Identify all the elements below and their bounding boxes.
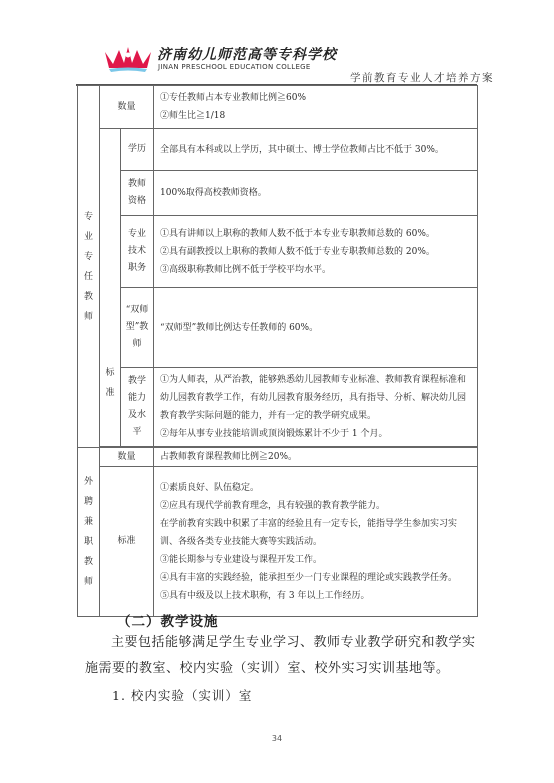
school-name-cn: 济南幼儿师范高等专科学校	[157, 44, 337, 64]
table-row: “双师型”教师 “双师型”教师比例达专任教师的 60%。	[78, 288, 478, 368]
category-cell-parttime: 外聘兼职教师	[78, 448, 100, 617]
row-content-quantity: ①专任教师占本专业教师比例≧60% ②师生比≧1/18	[154, 86, 478, 129]
row-label-parttime-quantity: 数量	[100, 448, 154, 467]
row-label-standard: 标准	[100, 129, 121, 447]
row-label-parttime-standard: 标准	[100, 467, 154, 617]
table-row: 教学能力及水平 ①为人师表，从严治教，能够熟悉幼儿园教师专业标准、教师教育课程标…	[78, 368, 478, 447]
table-row: 专业专任教师 数量 ①专任教师占本专业教师比例≧60% ②师生比≧1/18	[78, 86, 478, 129]
subrow-content-title: ①具有讲师以上职称的教师人数不低于本专业专职教师总数的 60%。 ②具有副教授以…	[154, 216, 478, 288]
subrow-label-dual-teacher: “双师型”教师	[121, 288, 154, 368]
subrow-label-teaching-ability: 教学能力及水平	[121, 368, 154, 447]
table-row: 外聘兼职教师 数量 占教师教育课程教师比例≧20%。	[78, 448, 478, 467]
subrow-label-education: 学历	[121, 129, 154, 171]
school-name-en: JINAN PRESCHOOL EDUCATION COLLEGE	[158, 63, 311, 71]
table-row: 标准 学历 全部具有本科或以上学历，其中硕士、博士学位教师占比不低于 30%。	[78, 129, 478, 171]
page-header: 济南幼儿师范高等专科学校 JINAN PRESCHOOL EDUCATION C…	[0, 0, 554, 84]
faculty-requirements-table: 专业专任教师 数量 ①专任教师占本专业教师比例≧60% ②师生比≧1/18 标准…	[77, 85, 478, 617]
subrow-content-teaching-ability: ①为人师表，从严治教，能够熟悉幼儿园教师专业标准、教师教育课程标准和幼儿园教育教…	[154, 368, 478, 447]
section-heading: （二）教学设施	[117, 610, 219, 630]
subrow-content-dual-teacher: “双师型”教师比例达专任教师的 60%。	[154, 288, 478, 368]
page-number: 34	[0, 734, 554, 743]
table-row: 教师资格 100%取得高校教师资格。	[78, 171, 478, 216]
row-label-quantity: 数量	[100, 86, 154, 129]
table-row: 专业技术职务 ①具有讲师以上职称的教师人数不低于本专业专职教师总数的 60%。 …	[78, 216, 478, 288]
table-row: 标准 ①素质良好、队伍稳定。 ②应具有现代学前教育理念，具有较强的教育教学能力。…	[78, 467, 478, 617]
body-paragraph: 主要包括能够满足学生专业学习、教师专业教学研究和教学实施需要的教室、校内实验（实…	[85, 630, 485, 682]
subsection-heading: 1. 校内实验（实训）室	[112, 686, 252, 704]
category-cell-fulltime: 专业专任教师	[78, 86, 100, 448]
subrow-label-qualification: 教师资格	[121, 171, 154, 216]
row-content-parttime-quantity: 占教师教育课程教师比例≧20%。	[154, 448, 478, 467]
school-logo-icon	[103, 44, 153, 74]
row-content-parttime-standard: ①素质良好、队伍稳定。 ②应具有现代学前教育理念，具有较强的教育教学能力。 在学…	[154, 467, 478, 617]
subrow-content-qualification: 100%取得高校教师资格。	[154, 171, 478, 216]
subrow-label-title: 专业技术职务	[121, 216, 154, 288]
document-title: 学前教育专业人才培养方案	[350, 70, 494, 85]
subrow-content-education: 全部具有本科或以上学历，其中硕士、博士学位教师占比不低于 30%。	[154, 129, 478, 171]
